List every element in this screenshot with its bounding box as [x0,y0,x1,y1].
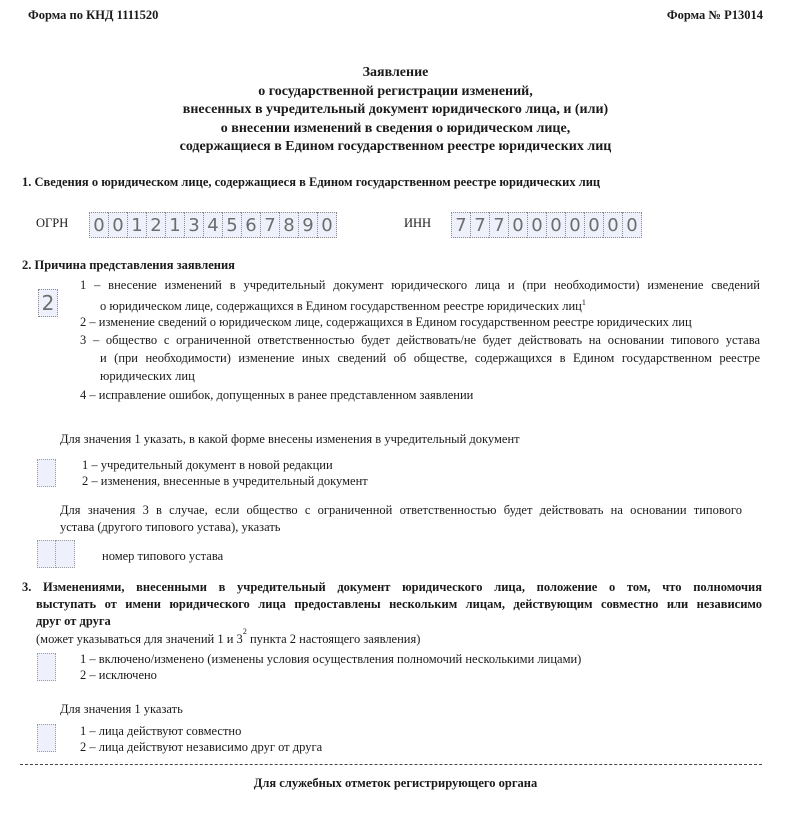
section3-sub-option-2: 2 – лица действуют независимо друг от др… [80,738,322,756]
digit-cell[interactable]: 0 [89,212,108,238]
digit-cell[interactable]: 6 [241,212,260,238]
digit-cell[interactable]: 7 [470,212,489,238]
charter-number-cell[interactable] [56,540,75,568]
section3-heading-line2: выступать от имени юридического лица пре… [36,595,762,613]
section3-note-text-end: пункта 2 настоящего заявления) [247,632,421,646]
title-line: о внесении изменений в сведения о юридич… [0,120,791,139]
digit-cell[interactable]: 0 [622,212,642,238]
section3-note-text: (может указываться для значений 1 и 3 [36,632,243,646]
inn-field[interactable]: 7770000000 [451,212,642,238]
reason-option-2: 2 – изменение сведений о юридическом лиц… [80,313,692,331]
section3-sub-caption: Для значения 1 указать [60,700,183,718]
section2-heading: 2. Причина представления заявления [22,258,235,273]
digit-cell[interactable]: 3 [184,212,203,238]
digit-cell[interactable]: 1 [165,212,184,238]
ogrn-label: ОГРН [36,216,68,231]
sub3-caption-line2: устава (другого типового устава), указат… [60,518,281,536]
section3-heading-line1: 3. Изменениями, внесенными в учредительн… [22,578,762,596]
digit-cell[interactable]: 0 [584,212,603,238]
reason-option-1-line1: 1 – внесение изменений в учредительный д… [80,276,760,294]
digit-cell[interactable]: 0 [546,212,565,238]
sub1-caption: Для значения 1 указать, в какой форме вн… [60,430,520,448]
digit-cell[interactable]: 4 [203,212,222,238]
sub3-caption-line1: Для значения 3 в случае, если общество с… [60,501,742,519]
reason-option-1-text: о юридическом лице, содержащихся в Едино… [100,299,582,313]
inn-label: ИНН [404,216,431,231]
digit-cell[interactable]: 0 [565,212,584,238]
digit-cell[interactable]: 8 [279,212,298,238]
form-knd-code: Форма по КНД 1111520 [28,8,158,23]
footnote-marker: 2 [243,627,247,636]
digit-cell[interactable]: 0 [317,212,337,238]
section1-heading: 1. Сведения о юридическом лице, содержащ… [22,175,600,190]
charter-number-label: номер типового устава [102,547,223,565]
digit-cell[interactable]: 5 [222,212,241,238]
digit-cell[interactable]: 0 [603,212,622,238]
document-title: Заявление о государственной регистрации … [0,64,791,157]
reason-option-3-line2: и (при необходимости) изменение иных све… [100,349,760,367]
section3-sub-code-field[interactable] [37,724,56,752]
digit-cell[interactable]: 9 [298,212,317,238]
title-line: о государственной регистрации изменений, [0,83,791,102]
form-number: Форма № Р13014 [667,8,763,23]
ogrn-field[interactable]: 0012134567890 [89,212,337,238]
digit-cell[interactable]: 7 [489,212,508,238]
title-line: Заявление [0,64,791,83]
footnote-marker: 1 [582,298,586,307]
digit-cell[interactable]: 7 [260,212,279,238]
digit-cell[interactable]: 0 [108,212,127,238]
title-line: внесенных в учредительный документ юриди… [0,101,791,120]
charter-number-field[interactable] [37,540,75,568]
sub1-option-2: 2 – изменения, внесенные в учредительный… [82,472,368,490]
reason-option-1-line2: о юридическом лице, содержащихся в Едино… [100,294,586,315]
cut-line-divider [20,764,762,765]
official-marks-heading: Для служебных отметок регистрирующего ор… [0,776,791,791]
reason-option-4: 4 – исправление ошибок, допущенных в ран… [80,386,473,404]
digit-cell[interactable]: 0 [508,212,527,238]
charter-number-cell[interactable] [37,540,56,568]
digit-cell[interactable]: 7 [451,212,470,238]
digit-cell[interactable]: 1 [127,212,146,238]
section3-note: (может указываться для значений 1 и 32 п… [36,627,420,648]
reason-option-3-line1: 3 – общество с ограниченной ответственно… [80,331,760,349]
section3-code-field[interactable] [37,653,56,681]
title-line: содержащиеся в Едином государственном ре… [0,138,791,157]
section3-option-2: 2 – исключено [80,666,157,684]
sub1-code-field[interactable] [37,459,56,487]
digit-cell[interactable]: 0 [527,212,546,238]
digit-cell[interactable]: 2 [146,212,165,238]
reason-code-field[interactable]: 2 [38,289,58,317]
reason-option-3-line3: юридических лиц [100,367,195,385]
